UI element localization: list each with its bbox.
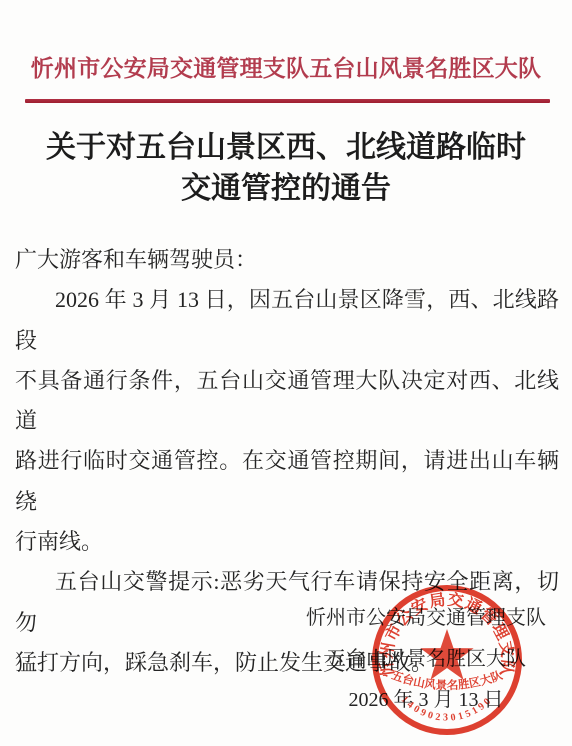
- official-seal: 忻州市公安局交通管理支队 五台山风景名胜区大队 1409023015190: [370, 583, 526, 739]
- body-line: 2026 年 3 月 13 日，因五台山景区降雪，西、北线路段: [15, 280, 559, 361]
- notice-title-line2: 交通管控的通告: [181, 172, 391, 205]
- body-line: 路进行临时交通管控。在交通管控期间，请进出山车辆绕: [15, 441, 559, 522]
- letterhead-divider: [25, 99, 550, 103]
- body-line: 不具备通行条件，五台山交通管理大队决定对西、北线道: [15, 361, 559, 442]
- seal-banner-text: 五台山风景名胜区大队: [390, 668, 505, 692]
- seal-star-icon: [420, 629, 473, 680]
- body-line: 行南线。: [15, 522, 559, 562]
- notice-title: 关于对五台山景区西、北线道路临时交通管控的通告: [0, 127, 572, 209]
- seal-serial-number: 1409023015190: [399, 694, 495, 723]
- notice-title-line1: 关于对五台山景区西、北线道路临时: [46, 131, 526, 164]
- letterhead-agency-name: 忻州市公安局交通管理支队五台山风景名胜区大队: [0, 50, 572, 88]
- notice-document: 忻州市公安局交通管理支队五台山风景名胜区大队 关于对五台山景区西、北线道路临时交…: [0, 0, 572, 746]
- salutation-line: 广大游客和车辆驾驶员：: [15, 240, 559, 280]
